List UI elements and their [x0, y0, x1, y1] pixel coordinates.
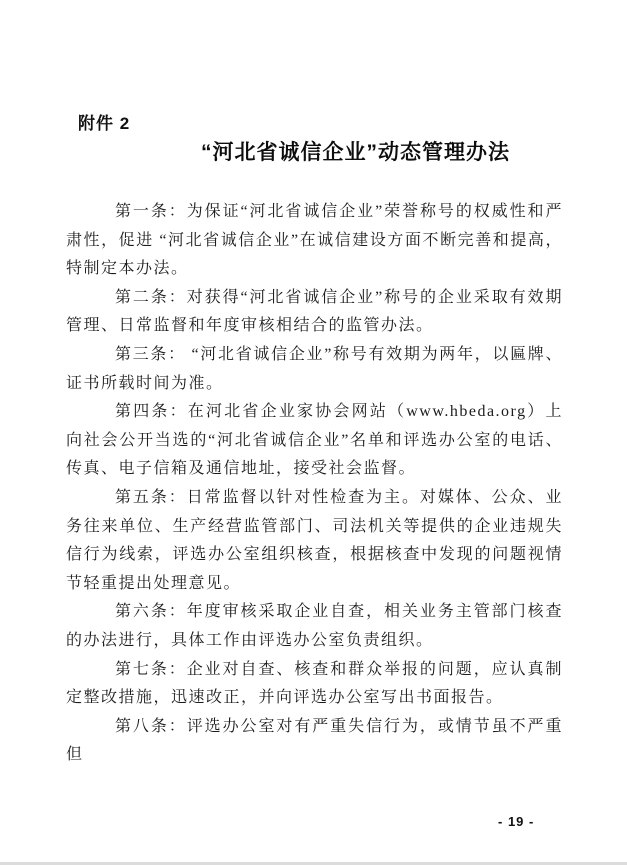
attachment-label: 附件 2 [78, 109, 130, 134]
paragraph-article-7: 第七条：企业对自查、核查和群众举报的问题，应认真制定整改措施，迅速改正，并向评选… [66, 656, 563, 713]
paragraph-article-3: 第三条： “河北省诚信企业”称号有效期为两年，以匾牌、证书所载时间为准。 [66, 341, 563, 398]
paragraph-article-2: 第二条：对获得“河北省诚信企业”称号的企业采取有效期管理、日常监督和年度审核相结… [66, 284, 563, 341]
paragraph-article-6: 第六条：年度审核采取企业自查，相关业务主管部门核查的办法进行，具体工作由评选办公… [66, 598, 563, 655]
paragraph-article-1: 第一条：为保证“河北省诚信企业”荣誉称号的权威性和严肃性，促进 “河北省诚信企业… [66, 198, 563, 284]
paragraph-article-8: 第八条：评选办公室对有严重失信行为，或情节虽不严重但 [66, 713, 563, 770]
paragraph-article-5: 第五条：日常监督以针对性检查为主。对媒体、公众、业务往来单位、生产经营监管部门、… [66, 484, 563, 598]
document-page: 附件 2 “河北省诚信企业”动态管理办法 第一条：为保证“河北省诚信企业”荣誉称… [0, 0, 627, 865]
paragraph-article-4: 第四条：在河北省企业家协会网站（www.hbeda.org）上向社会公开当选的“… [66, 398, 563, 484]
document-body: 第一条：为保证“河北省诚信企业”荣誉称号的权威性和严肃性，促进 “河北省诚信企业… [66, 198, 563, 770]
document-title: “河北省诚信企业”动态管理办法 [68, 136, 603, 166]
page-number: - 19 - [498, 814, 534, 829]
